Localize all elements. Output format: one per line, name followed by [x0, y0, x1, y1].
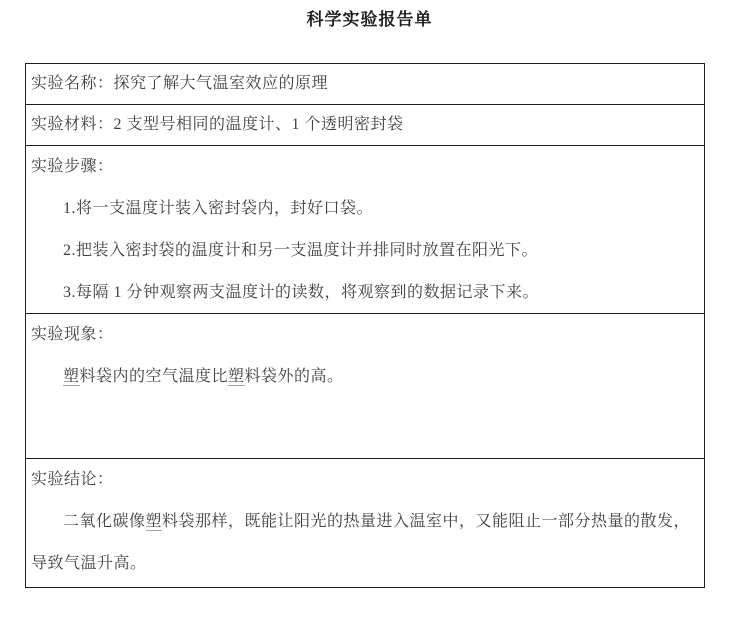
page-title: 科学实验报告单: [0, 5, 739, 30]
experiment-step-3: 3.每隔 1 分钟观察两支温度计的读数，将观察到的数据记录下来。: [31, 272, 696, 314]
conclusion-text-segment: 二氧化碳像: [63, 513, 146, 530]
experiment-steps-label: 实验步骤：: [31, 146, 696, 188]
experiment-phenomenon-label: 实验现象：: [31, 314, 696, 356]
row-experiment-phenomenon: 实验现象： 塑料袋内的空气温度比塑料袋外的高。: [26, 314, 704, 459]
experiment-name-label: 实验名称：: [31, 75, 114, 92]
row-experiment-materials: 实验材料：2 支型号相同的温度计、1 个透明密封袋: [26, 105, 704, 146]
report-page: 科学实验报告单 实验名称：探究了解大气温室效应的原理 实验材料：2 支型号相同的…: [0, 0, 739, 621]
row-experiment-conclusion: 实验结论： 二氧化碳像塑料袋那样，既能让阳光的热量进入温室中，又能阻止一部分热量…: [26, 459, 704, 587]
experiment-phenomenon-value: 塑料袋内的空气温度比塑料袋外的高。: [31, 356, 696, 398]
experiment-name-value: 探究了解大气温室效应的原理: [114, 75, 329, 92]
phenomenon-text-segment: 料袋外的高。: [245, 368, 344, 385]
report-table: 实验名称：探究了解大气温室效应的原理 实验材料：2 支型号相同的温度计、1 个透…: [25, 63, 705, 588]
experiment-materials-value: 2 支型号相同的温度计、1 个透明密封袋: [114, 116, 404, 133]
experiment-step-2: 2.把装入密封袋的温度计和另一支温度计并排同时放置在阳光下。: [31, 230, 696, 272]
spell-marked-char: 塑: [146, 513, 163, 531]
experiment-step-1: 1.将一支温度计装入密封袋内，封好口袋。: [31, 188, 696, 230]
experiment-conclusion-value: 二氧化碳像塑料袋那样，既能让阳光的热量进入温室中，又能阻止一部分热量的散发，导致…: [31, 501, 696, 585]
row-experiment-name: 实验名称：探究了解大气温室效应的原理: [26, 64, 704, 105]
spell-marked-char: 塑: [63, 368, 80, 386]
row-experiment-steps: 实验步骤： 1.将一支温度计装入密封袋内，封好口袋。 2.把装入密封袋的温度计和…: [26, 146, 704, 314]
experiment-materials-label: 实验材料：: [31, 116, 114, 133]
phenomenon-text-segment: 料袋内的空气温度比: [80, 368, 229, 385]
spell-marked-char: 塑: [228, 368, 245, 386]
experiment-conclusion-label: 实验结论：: [31, 459, 696, 501]
